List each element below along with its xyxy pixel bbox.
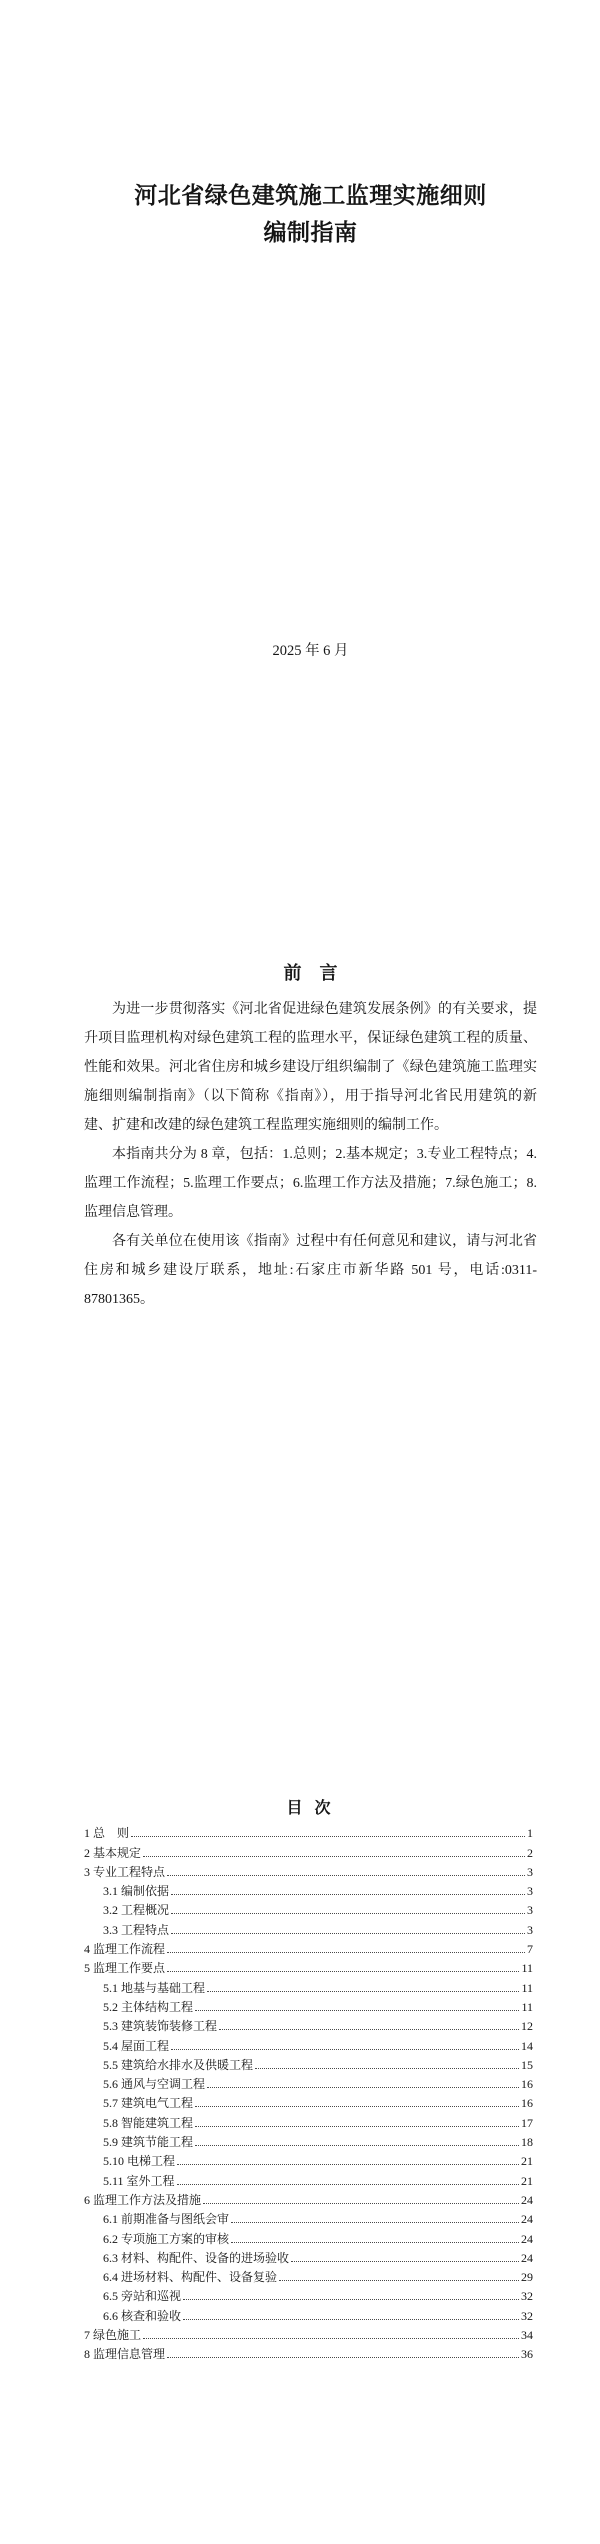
toc-entry-label: 6 监理工作方法及措施 xyxy=(84,2192,201,2208)
toc-entry-page: 34 xyxy=(521,2327,533,2343)
toc-entry: 1 总 则1 xyxy=(84,1822,533,1841)
toc-entry-page: 24 xyxy=(521,2192,533,2208)
toc-entry-label: 6.5 旁站和巡视 xyxy=(103,2288,181,2304)
toc-leader-dots xyxy=(177,2164,519,2165)
toc-entry-label: 6.4 进场材料、构配件、设备复验 xyxy=(103,2269,277,2285)
toc-leader-dots xyxy=(279,2280,519,2281)
toc-entry: 3.1 编制依据3 xyxy=(84,1880,533,1899)
toc-entry-page: 29 xyxy=(521,2269,533,2285)
toc-entry-page: 3 xyxy=(527,1883,533,1899)
toc-entry-label: 5.11 室外工程 xyxy=(103,2173,175,2189)
preface-paragraph-2: 本指南共分为 8 章，包括：1.总则；2.基本规定；3.专业工程特点；4.监理工… xyxy=(84,1140,537,1227)
toc-entry-label: 3 专业工程特点 xyxy=(84,1864,165,1880)
toc-entry: 6.2 专项施工方案的审核24 xyxy=(84,2227,533,2246)
toc-entry: 5.10 电梯工程21 xyxy=(84,2150,533,2169)
toc-entry-page: 24 xyxy=(521,2250,533,2266)
preface-paragraph-3: 各有关单位在使用该《指南》过程中有任何意见和建议，请与河北省住房和城乡建设厅联系… xyxy=(84,1227,537,1314)
toc-entry-label: 5.4 屋面工程 xyxy=(103,2038,169,2054)
toc-leader-dots xyxy=(203,2203,519,2204)
toc-entry-label: 5.10 电梯工程 xyxy=(103,2153,175,2169)
toc-heading: 目 次 xyxy=(84,1799,537,1819)
preface-body: 为进一步贯彻落实《河北省促进绿色建筑发展条例》的有关要求，提升项目监理机构对绿色… xyxy=(84,995,537,1314)
toc-entry: 6.4 进场材料、构配件、设备复验29 xyxy=(84,2266,533,2285)
toc-leader-dots xyxy=(171,1933,525,1934)
toc-leader-dots xyxy=(167,1971,519,1972)
toc-entry-page: 24 xyxy=(521,2211,533,2227)
toc-leader-dots xyxy=(177,2184,519,2185)
toc-leader-dots xyxy=(167,2357,519,2358)
toc-entry: 7 绿色施工34 xyxy=(84,2324,533,2343)
toc-entry-label: 5.8 智能建筑工程 xyxy=(103,2115,193,2131)
toc-leader-dots xyxy=(219,2029,519,2030)
toc-entry-label: 5.9 建筑节能工程 xyxy=(103,2134,193,2150)
toc-leader-dots xyxy=(171,1894,525,1895)
toc-entry-page: 32 xyxy=(521,2308,533,2324)
toc-entry-label: 3.2 工程概况 xyxy=(103,1902,169,1918)
toc-entry: 5.9 建筑节能工程18 xyxy=(84,2131,533,2150)
toc-entry: 6 监理工作方法及措施24 xyxy=(84,2189,533,2208)
toc-entry-label: 1 总 则 xyxy=(84,1825,129,1841)
toc-entry-label: 6.6 核查和验收 xyxy=(103,2308,181,2324)
toc-entry-label: 5.5 建筑给水排水及供暖工程 xyxy=(103,2057,253,2073)
toc-leader-dots xyxy=(291,2261,519,2262)
toc-leader-dots xyxy=(207,1991,519,1992)
toc-entry: 3.2 工程概况3 xyxy=(84,1899,533,1918)
toc-leader-dots xyxy=(255,2068,519,2069)
toc-entry-page: 15 xyxy=(521,2057,533,2073)
toc-entry-page: 3 xyxy=(527,1922,533,1938)
toc-entry-label: 6.2 专项施工方案的审核 xyxy=(103,2231,229,2247)
toc-entry-page: 3 xyxy=(527,1902,533,1918)
document-title-line1: 河北省绿色建筑施工监理实施细则 xyxy=(84,177,537,214)
toc-entry-label: 2 基本规定 xyxy=(84,1845,141,1861)
toc-entry-page: 12 xyxy=(521,2018,533,2034)
toc-leader-dots xyxy=(167,1875,525,1876)
toc-entry-page: 1 xyxy=(527,1825,533,1841)
cover-date: 2025 年 6 月 xyxy=(84,641,537,661)
toc-entry: 5.1 地基与基础工程11 xyxy=(84,1976,533,1995)
toc-entry-page: 11 xyxy=(521,1980,533,1996)
toc-leader-dots xyxy=(171,2049,519,2050)
toc-leader-dots xyxy=(167,1952,525,1953)
toc-entry: 6.5 旁站和巡视32 xyxy=(84,2285,533,2304)
toc-entry-page: 32 xyxy=(521,2288,533,2304)
toc-entry-page: 16 xyxy=(521,2076,533,2092)
toc-entry-label: 8 监理信息管理 xyxy=(84,2346,165,2362)
toc-leader-dots xyxy=(183,2299,519,2300)
toc-leader-dots xyxy=(143,2338,519,2339)
toc-entry-label: 5.3 建筑装饰装修工程 xyxy=(103,2018,217,2034)
toc-entry-label: 5 监理工作要点 xyxy=(84,1960,165,1976)
toc-leader-dots xyxy=(195,2145,519,2146)
toc-entry-label: 7 绿色施工 xyxy=(84,2327,141,2343)
toc-entry-page: 18 xyxy=(521,2134,533,2150)
toc-leader-dots xyxy=(195,2010,519,2011)
toc-entry-page: 11 xyxy=(521,1999,533,2015)
toc-leader-dots xyxy=(195,2106,519,2107)
toc-entry-label: 5.7 建筑电气工程 xyxy=(103,2095,193,2111)
toc-entry: 5.2 主体结构工程11 xyxy=(84,1996,533,2015)
toc-entry: 5.5 建筑给水排水及供暖工程15 xyxy=(84,2054,533,2073)
toc-entry-label: 6.3 材料、构配件、设备的进场验收 xyxy=(103,2250,289,2266)
toc-entry-page: 2 xyxy=(527,1845,533,1861)
toc-entry-label: 3.3 工程特点 xyxy=(103,1922,169,1938)
toc-entry: 5.6 通风与空调工程16 xyxy=(84,2073,533,2092)
toc-leader-dots xyxy=(131,1836,525,1837)
toc-entry-page: 7 xyxy=(527,1941,533,1957)
preface-paragraph-1: 为进一步贯彻落实《河北省促进绿色建筑发展条例》的有关要求，提升项目监理机构对绿色… xyxy=(84,995,537,1140)
toc-entry: 6.6 核查和验收32 xyxy=(84,2304,533,2323)
toc-list: 1 总 则12 基本规定23 专业工程特点33.1 编制依据33.2 工程概况3… xyxy=(84,1822,533,2362)
toc-entry: 2 基本规定2 xyxy=(84,1841,533,1860)
toc-leader-dots xyxy=(207,2087,519,2088)
toc-entry-page: 14 xyxy=(521,2038,533,2054)
toc-entry-label: 5.2 主体结构工程 xyxy=(103,1999,193,2015)
preface-heading: 前 言 xyxy=(84,962,537,984)
toc-entry: 5.3 建筑装饰装修工程12 xyxy=(84,2015,533,2034)
document-canvas: 河北省绿色建筑施工监理实施细则 编制指南 2025 年 6 月 前 言 为进一步… xyxy=(0,0,600,2544)
toc-entry: 3.3 工程特点3 xyxy=(84,1918,533,1937)
toc-entry: 5 监理工作要点11 xyxy=(84,1957,533,1976)
toc-entry: 5.11 室外工程21 xyxy=(84,2169,533,2188)
toc-entry-page: 36 xyxy=(521,2346,533,2362)
toc-leader-dots xyxy=(143,1856,525,1857)
toc-leader-dots xyxy=(195,2126,519,2127)
toc-entry-label: 5.1 地基与基础工程 xyxy=(103,1980,205,1996)
document-title-line2: 编制指南 xyxy=(84,214,537,251)
toc-entry-page: 16 xyxy=(521,2095,533,2111)
document-title: 河北省绿色建筑施工监理实施细则 编制指南 xyxy=(84,177,537,251)
toc-entry-label: 5.6 通风与空调工程 xyxy=(103,2076,205,2092)
toc-entry: 5.7 建筑电气工程16 xyxy=(84,2092,533,2111)
toc-entry-page: 21 xyxy=(521,2153,533,2169)
toc-entry-page: 21 xyxy=(521,2173,533,2189)
toc-entry: 4 监理工作流程7 xyxy=(84,1938,533,1957)
toc-entry-page: 11 xyxy=(521,1960,533,1976)
toc-entry-page: 24 xyxy=(521,2231,533,2247)
toc-entry-page: 17 xyxy=(521,2115,533,2131)
toc-entry: 5.4 屋面工程14 xyxy=(84,2034,533,2053)
toc-entry: 5.8 智能建筑工程17 xyxy=(84,2111,533,2130)
toc-leader-dots xyxy=(171,1913,525,1914)
toc-leader-dots xyxy=(231,2242,519,2243)
toc-leader-dots xyxy=(183,2319,519,2320)
toc-entry-label: 3.1 编制依据 xyxy=(103,1883,169,1899)
toc-leader-dots xyxy=(231,2222,519,2223)
toc-entry: 6.1 前期准备与图纸会审24 xyxy=(84,2208,533,2227)
toc-entry: 3 专业工程特点3 xyxy=(84,1861,533,1880)
toc-entry: 6.3 材料、构配件、设备的进场验收24 xyxy=(84,2247,533,2266)
toc-entry-label: 6.1 前期准备与图纸会审 xyxy=(103,2211,229,2227)
toc-entry-page: 3 xyxy=(527,1864,533,1880)
toc-entry: 8 监理信息管理36 xyxy=(84,2343,533,2362)
toc-entry-label: 4 监理工作流程 xyxy=(84,1941,165,1957)
